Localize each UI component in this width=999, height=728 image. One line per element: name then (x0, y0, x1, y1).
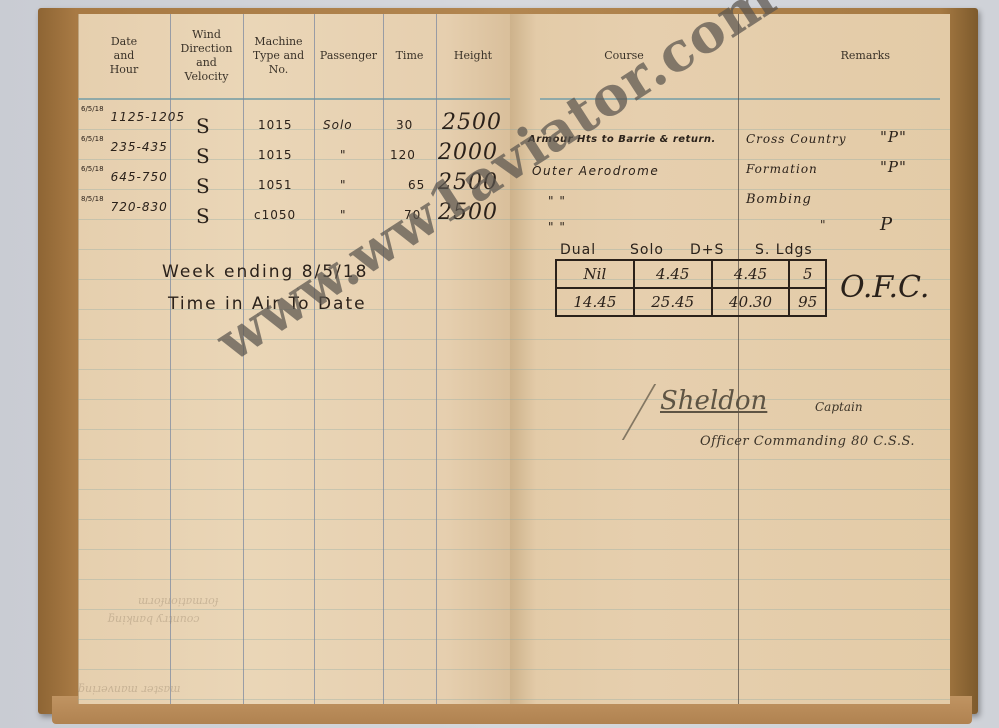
column-divider (314, 14, 315, 704)
log-row: 6/5/18 1125-1205 (81, 106, 185, 125)
entry-height: 2500 (442, 110, 502, 135)
column-header-height: Height (436, 14, 510, 98)
entry-date: 6/5/18 (81, 166, 104, 173)
column-header-passenger: Passenger (314, 14, 383, 98)
week-ending-note: Week ending 8/5/18 (162, 262, 368, 282)
totals-row-week: Nil 4.45 4.45 5 (556, 260, 826, 288)
totals-header-dual-solo: D+S (690, 242, 724, 258)
remark-mark: P (880, 214, 893, 235)
entry-wind: S (196, 174, 211, 198)
column-header-course: Course (510, 14, 738, 98)
header-rule (540, 98, 940, 100)
entry-time: 70 (404, 208, 421, 222)
entry-date: 8/5/18 (81, 196, 104, 203)
totals-cell: 25.45 (634, 288, 712, 316)
entry-hour: 645-750 (111, 170, 168, 184)
column-header-time: Time (383, 14, 436, 98)
entry-hour: 235-435 (111, 140, 168, 154)
initials-mark: O.F.C. (840, 270, 929, 305)
course-entry: " " (548, 220, 566, 234)
totals-cell: 40.30 (712, 288, 790, 316)
entry-machine: 1051 (258, 178, 293, 192)
entry-time: 30 (396, 118, 413, 132)
column-divider (738, 14, 739, 704)
column-divider (436, 14, 437, 704)
totals-row-to-date: 14.45 25.45 40.30 95 (556, 288, 826, 316)
log-row: 6/5/18 645-750 (81, 166, 168, 185)
entry-hour: 720-830 (111, 200, 168, 214)
log-row: 8/5/18 720-830 (81, 196, 168, 215)
entry-machine: c1050 (254, 208, 296, 222)
entry-date: 6/5/18 (81, 106, 104, 113)
totals-cell: 4.45 (712, 260, 790, 288)
signature: Sheldon (660, 386, 767, 416)
entry-wind: S (196, 204, 211, 228)
column-header-machine: Machine Type and No. (243, 14, 314, 98)
course-entry: Armour Hts to Barrie & return. (528, 134, 716, 145)
remark-entry: Cross Country (746, 132, 846, 146)
totals-header-dual: Dual (560, 242, 596, 258)
log-row: 6/5/18 235-435 (81, 136, 168, 155)
course-entry: " " (548, 194, 566, 208)
entry-hour: 1125-1205 (111, 110, 185, 124)
time-in-air-note: Time in Air To Date (168, 294, 367, 314)
column-header-remarks: Remarks (738, 14, 950, 98)
totals-table: Nil 4.45 4.45 5 14.45 25.45 40.30 95 (555, 259, 827, 317)
entry-wind: S (196, 114, 211, 138)
remark-entry: Formation (746, 162, 818, 176)
totals-header-solo: Solo (630, 242, 664, 258)
entry-passenger: " (340, 178, 347, 192)
remark-entry: " (820, 218, 827, 232)
totals-cell: 95 (789, 288, 826, 316)
signature-title: Officer Commanding 80 C.S.S. (700, 434, 915, 449)
entry-height: 2500 (438, 200, 498, 225)
course-entry: Outer Aerodrome (532, 164, 659, 178)
column-divider (243, 14, 244, 704)
totals-cell: 4.45 (634, 260, 712, 288)
entry-passenger: Solo (323, 118, 353, 132)
left-page: Date and Hour Wind Direction and Velocit… (78, 14, 510, 704)
column-header-date-hour: Date and Hour (78, 14, 170, 98)
bleed-through-text: ɯɹoɟuoᴉʇɐɯɹoɟ (138, 594, 218, 607)
entry-time: 120 (390, 148, 416, 162)
header-rule (78, 98, 510, 100)
entry-time: 65 (408, 178, 425, 192)
entry-wind: S (196, 144, 211, 168)
entry-machine: 1015 (258, 148, 293, 162)
entry-passenger: " (340, 208, 347, 222)
bleed-through-text: ƃuᴉʞuɐq ʎɹʇunoɔ (108, 612, 200, 625)
entry-machine: 1015 (258, 118, 293, 132)
totals-cell: Nil (556, 260, 634, 288)
bleed-through-text: ƃuᴉɹǝʌuɐɯ ɹǝʇsɐɯ (78, 682, 181, 695)
entry-height: 2500 (438, 170, 498, 195)
column-header-wind: Wind Direction and Velocity (170, 14, 243, 98)
entry-date: 6/5/18 (81, 136, 104, 143)
entry-passenger: " (340, 148, 347, 162)
remark-mark: "P" (880, 128, 907, 146)
right-page: Course Remarks Armour Hts to Barrie & re… (510, 14, 950, 704)
totals-cell: 14.45 (556, 288, 634, 316)
column-divider (383, 14, 384, 704)
remark-entry: Bombing (746, 192, 812, 207)
signature-rank: Captain (815, 400, 863, 414)
totals-cell: 5 (789, 260, 826, 288)
totals-header-solo-landings: S. Ldgs (755, 242, 813, 258)
remark-mark: "P" (880, 158, 907, 176)
entry-height: 2000 (438, 140, 498, 165)
